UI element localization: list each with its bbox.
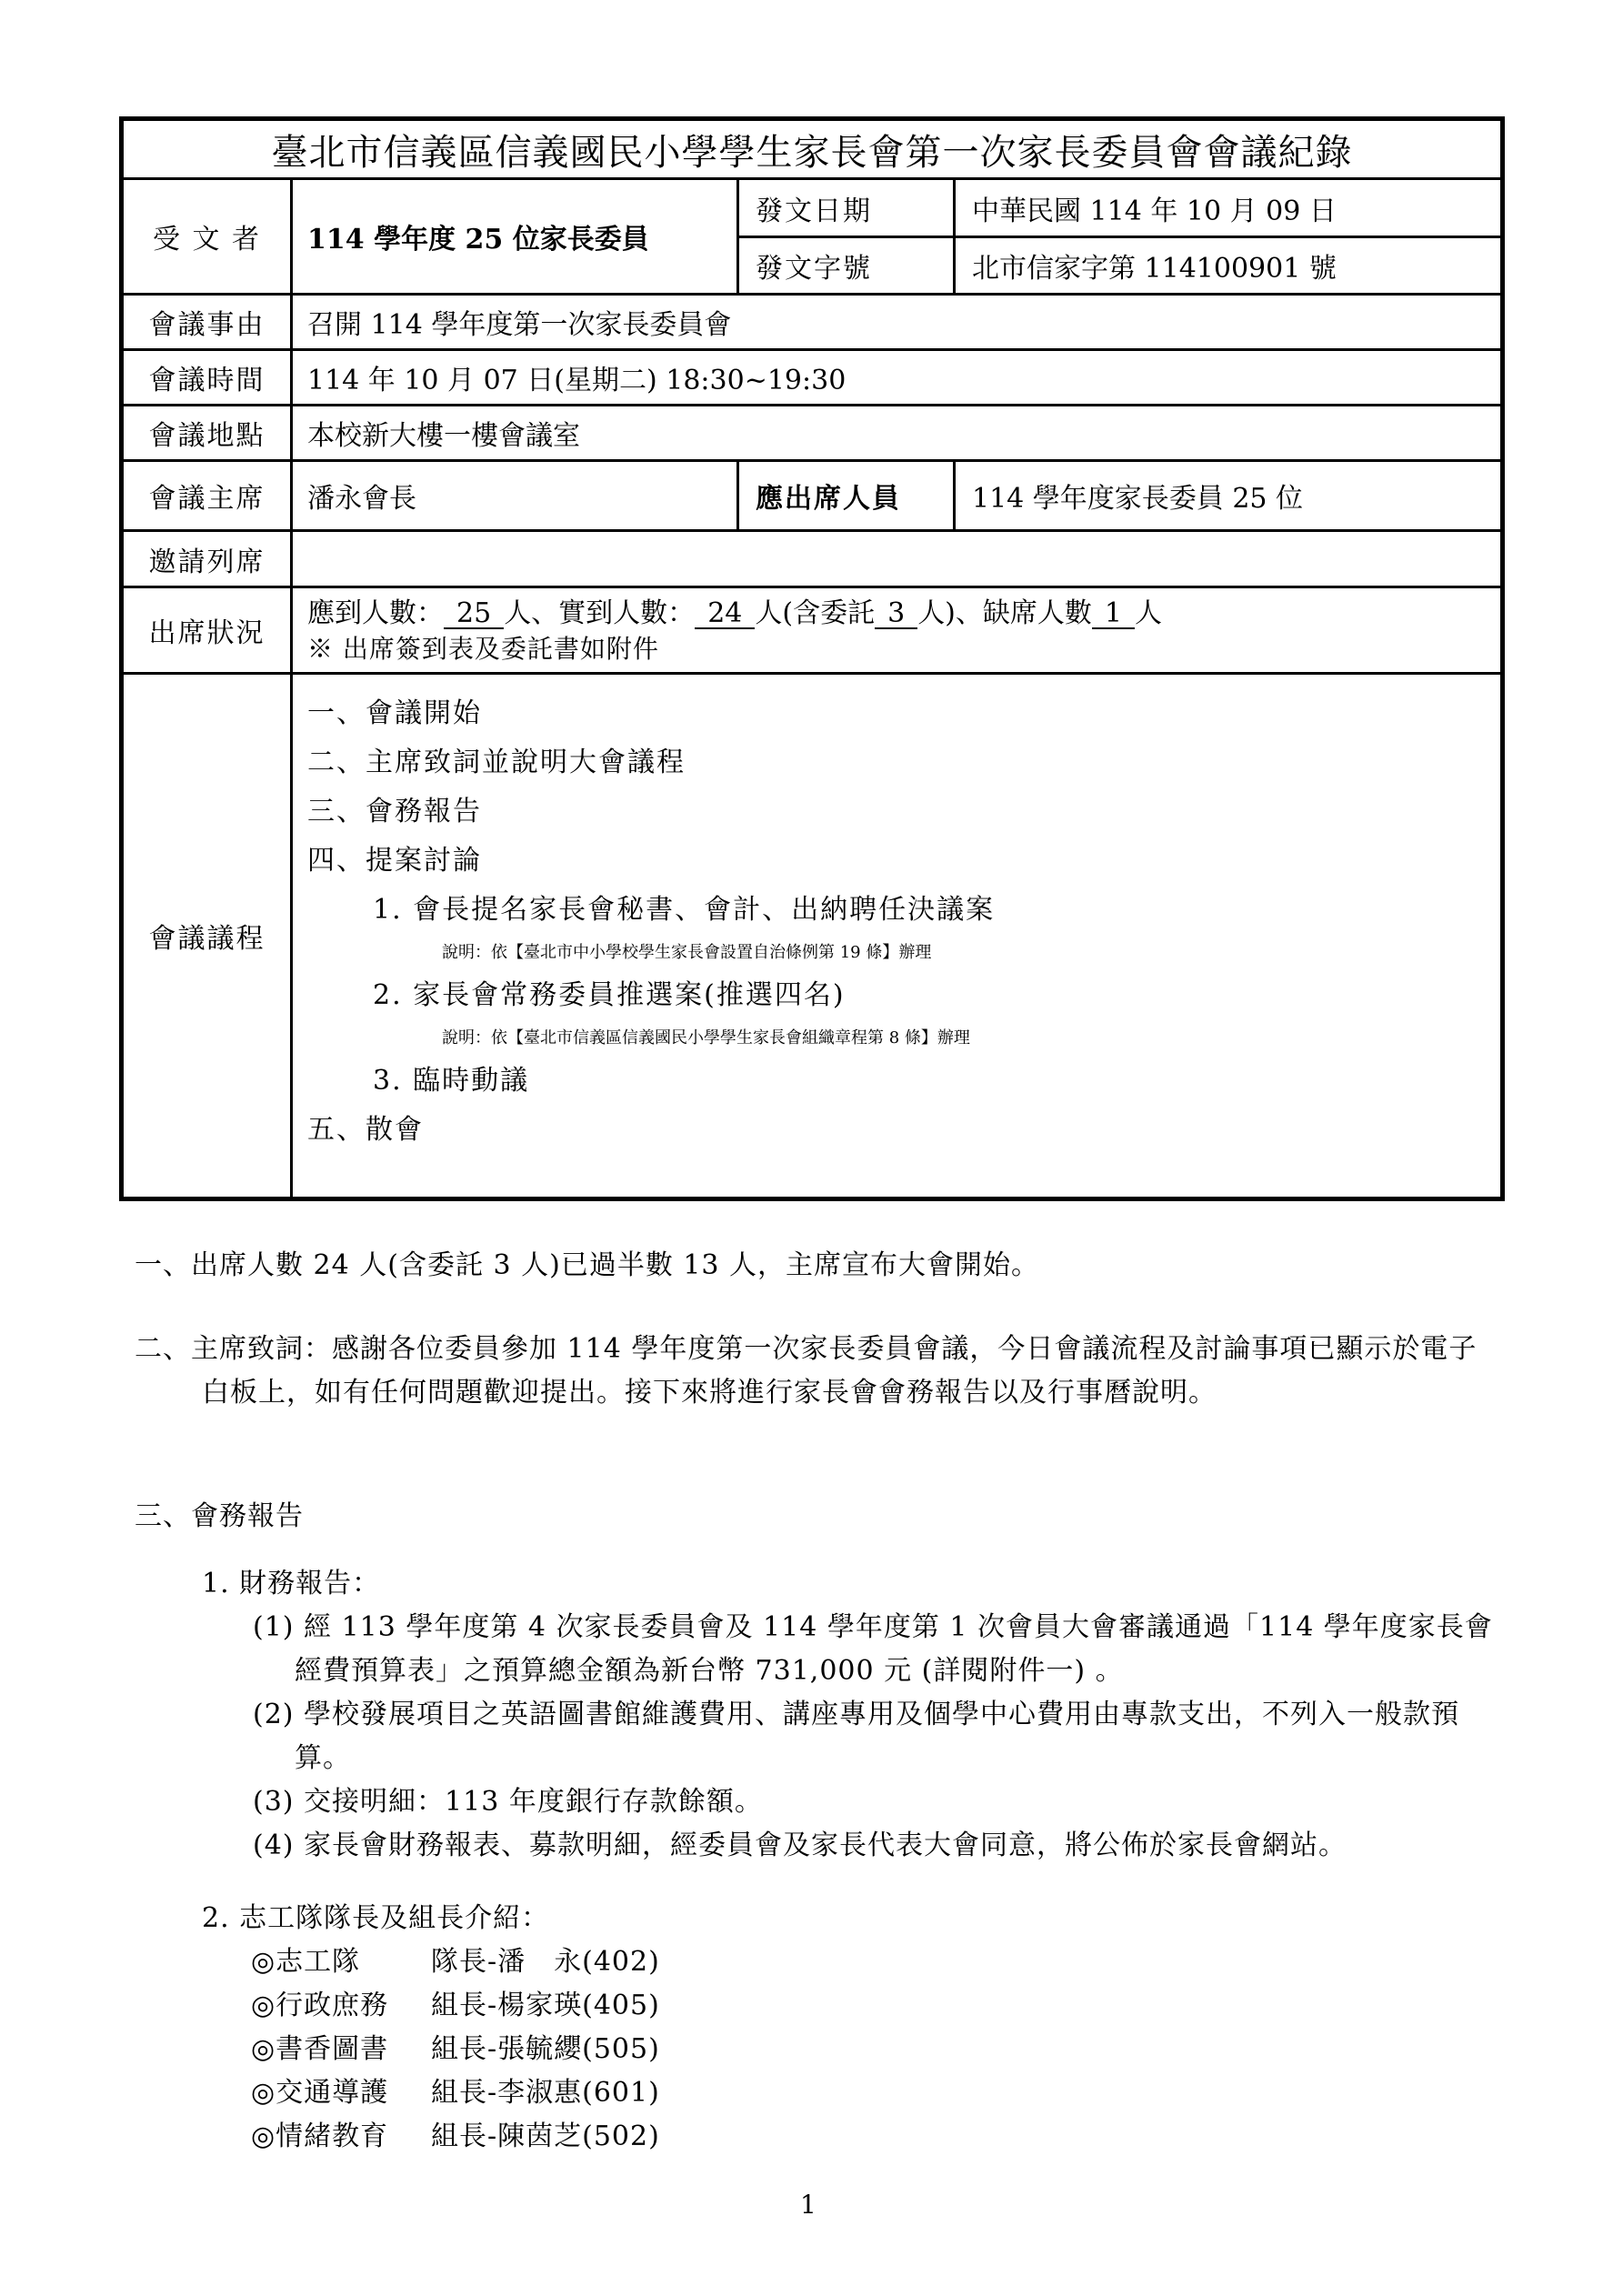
finance-item: (3) 交接明細：113 年度銀行存款餘額。 — [253, 1780, 1508, 1824]
section-3-heading: 三、會務報告 — [135, 1495, 1498, 1539]
attendance-note: ※ 出席簽到表及委託書如附件 — [307, 633, 659, 666]
finance-items: (1) 經 113 學年度第 4 次家長委員會及 114 學年度第 1 次會員大… — [253, 1606, 1508, 1868]
volunteer-row: ◎志工隊隊長-潘 永(402) — [251, 1940, 660, 1984]
volunteer-leader: 組長-陳茵芝(502) — [431, 2121, 660, 2152]
column-divider — [290, 177, 293, 1197]
volunteer-leader: 組長-楊家瑛(405) — [431, 1990, 660, 2021]
volunteer-group: ◎交通導護 — [251, 2071, 431, 2115]
agenda-content: 一、會議開始 二、主席致詞並說明大會議程 三、會務報告 四、提案討論 1. 會長… — [293, 675, 995, 1197]
finance-item: (1) 經 113 學年度第 4 次家長委員會及 114 學年度第 1 次會員大… — [253, 1606, 1508, 1693]
actual-suffix: 人(含委託 — [755, 597, 875, 629]
expected-suffix: 人、實到人數： — [504, 597, 695, 629]
issue-number-value: 北市信家字第 114100901 號 — [956, 238, 1337, 293]
absent-count: 1 — [1092, 600, 1135, 629]
location-label: 會議地點 — [124, 406, 290, 459]
column-divider — [736, 177, 739, 293]
recipient-label: 受 文 者 — [124, 180, 290, 293]
page-number: 1 — [800, 2190, 817, 2220]
issue-number-label: 發文字號 — [739, 238, 953, 293]
purpose-label: 會議事由 — [124, 296, 290, 348]
finance-item: (4) 家長會財務報表、募款明細，經委員會及家長代表大會同意，將公佈於家長會網站… — [253, 1824, 1508, 1868]
location-value: 本校新大樓一樓會議室 — [293, 406, 580, 459]
volunteer-group: ◎行政庶務 — [251, 1984, 431, 2028]
invited-label: 邀請列席 — [124, 532, 290, 586]
document-page: 臺北市信義區信義國民小學學生家長會第一次家長委員會會議紀錄 受 文 者 114 … — [0, 0, 1623, 2296]
expected-attendees-label: 應出席人員 — [739, 462, 953, 529]
attendance-counts: 應到人數：25人、實到人數：24人(含委託3人)、缺席人數1人 — [307, 595, 1162, 633]
proxy-count: 3 — [875, 600, 917, 629]
invited-value — [293, 532, 307, 586]
agenda-item: 一、會議開始 — [307, 689, 482, 738]
recipient-value: 114 學年度 25 位家長委員 — [293, 180, 739, 293]
expected-prefix: 應到人數： — [307, 597, 444, 629]
proxy-suffix: 人)、缺席人數 — [917, 597, 1092, 629]
volunteer-row: ◎行政庶務組長-楊家瑛(405) — [251, 1984, 660, 2028]
time-label: 會議時間 — [124, 351, 290, 404]
row-divider — [124, 529, 1500, 532]
volunteer-row: ◎書香圖書組長-張毓纓(505) — [251, 2028, 660, 2071]
agenda-item: 二、主席致詞並說明大會議程 — [307, 738, 686, 787]
issue-date-label: 發文日期 — [739, 180, 953, 236]
proposal-title: 3. 臨時動議 — [307, 1057, 529, 1106]
absent-suffix: 人 — [1135, 597, 1162, 629]
agenda-label: 會議議程 — [124, 675, 290, 1197]
section-1-text: 一、出席人數 24 人(含委託 3 人)已過半數 13 人，主席宣布大會開始。 — [135, 1244, 1498, 1288]
agenda-closing: 五、散會 — [307, 1106, 424, 1155]
issue-date-value: 中華民國 114 年 10 月 09 日 — [956, 180, 1337, 236]
column-divider — [953, 459, 956, 529]
finance-report-heading: 1. 財務報告： — [202, 1562, 380, 1606]
proposal-title: 2. 家長會常務委員推選案(推選四名) — [307, 971, 846, 1020]
volunteer-leader: 組長-張毓纓(505) — [431, 2033, 660, 2065]
volunteers-heading: 2. 志工隊隊長及組長介紹： — [202, 1897, 549, 1940]
section-2-text: 二、主席致詞：感謝各位委員參加 114 學年度第一次家長委員會議，今日會議流程及… — [135, 1328, 1489, 1415]
document-title: 臺北市信義區信義國民小學學生家長會第一次家長委員會會議紀錄 — [124, 121, 1500, 177]
time-value: 114 年 10 月 07 日(星期二) 18:30~19:30 — [293, 351, 846, 404]
agenda-item: 三、會務報告 — [307, 787, 482, 837]
volunteer-leader: 組長-李淑惠(601) — [431, 2077, 660, 2109]
minutes-section-3-heading: 三、會務報告 — [135, 1495, 1498, 1539]
minutes-section-2: 二、主席致詞：感謝各位委員參加 114 學年度第一次家長委員會議，今日會議流程及… — [135, 1328, 1489, 1415]
meeting-info-table: 臺北市信義區信義國民小學學生家長會第一次家長委員會會議紀錄 受 文 者 114 … — [119, 116, 1505, 1201]
volunteer-group: ◎志工隊 — [251, 1940, 431, 1984]
proposal-title: 1. 會長提名家長會秘書、會計、出納聘任決議案 — [307, 886, 995, 935]
attendance-label: 出席狀況 — [124, 588, 290, 672]
volunteer-list: ◎志工隊隊長-潘 永(402) ◎行政庶務組長-楊家瑛(405) ◎書香圖書組長… — [251, 1940, 660, 2159]
volunteer-row: ◎情緒教育組長-陳茵芝(502) — [251, 2115, 660, 2159]
chair-value: 潘永會長 — [293, 462, 739, 529]
finance-item: (2) 學校發展項目之英語圖書館維護費用、講座專用及個學中心費用由專款支出，不列… — [253, 1693, 1508, 1780]
expected-count: 25 — [444, 600, 504, 629]
purpose-value: 召開 114 學年度第一次家長委員會 — [293, 296, 731, 348]
volunteer-leader: 隊長-潘 永(402) — [431, 1946, 660, 1978]
minutes-section-1: 一、出席人數 24 人(含委託 3 人)已過半數 13 人，主席宣布大會開始。 — [135, 1244, 1498, 1288]
volunteer-group: ◎情緒教育 — [251, 2115, 431, 2159]
volunteer-group: ◎書香圖書 — [251, 2028, 431, 2071]
chair-label: 會議主席 — [124, 462, 290, 529]
proposal-note: 說明：依【臺北市中小學校學生家長會設置自治條例第 19 條】辦理 — [307, 935, 931, 971]
volunteer-row: ◎交通導護組長-李淑惠(601) — [251, 2071, 660, 2115]
attendance-value: 應到人數：25人、實到人數：24人(含委託3人)、缺席人數1人 ※ 出席簽到表及… — [293, 588, 1162, 672]
column-divider — [953, 177, 956, 293]
agenda-item: 四、提案討論 — [307, 837, 482, 886]
column-divider — [736, 459, 739, 529]
actual-count: 24 — [695, 600, 755, 629]
expected-attendees-value: 114 學年度家長委員 25 位 — [956, 462, 1303, 529]
proposal-note: 說明：依【臺北市信義區信義國民小學學生家長會組織章程第 8 條】辦理 — [307, 1020, 970, 1057]
